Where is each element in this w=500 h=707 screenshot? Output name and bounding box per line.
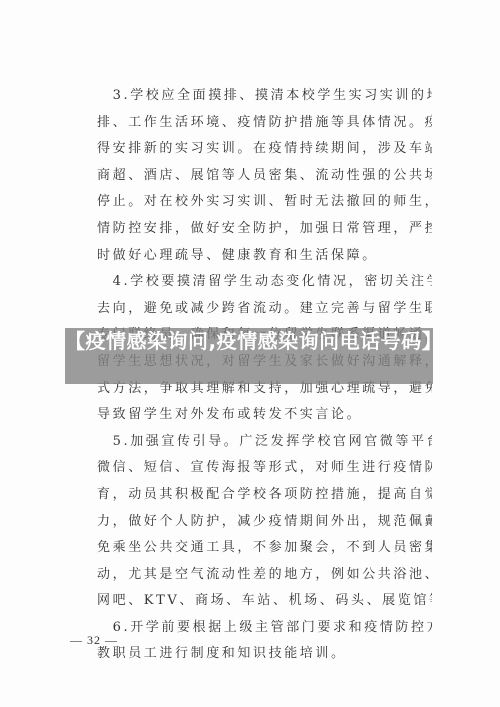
text-line: 得安排新的实习实训。在疫情持续期间，涉及车站、机场、码头、: [97, 136, 432, 163]
text-line: 4.学校要摸清留学生动态变化情况，密切关注学生离校后的: [97, 269, 432, 296]
text-line: 去向，避免或减少跨省流动。建立完善与留学生联系制度，明确: [97, 296, 432, 323]
text-line: 育，动员其积极配合学校各项防控措施，提高自觉防控意识和能: [97, 482, 432, 509]
text-line: 停止。对在校外实习实训、暂时无法撤回的师生，要服从当地疫: [97, 189, 432, 216]
text-line: 情防控安排，做好安全防护，加强日常管理，严控人员外出，同: [97, 216, 432, 243]
document-page: 3.学校应全面摸排、摸清本校学生实习实训的地点、时间安 排、工作生活环境、疫情防…: [0, 0, 500, 707]
text-line: 教职员工进行制度和知识技能培训。: [97, 641, 432, 668]
text-line: 5.加强宣传引导。广泛发挥学校官网官微等平台作用，通过: [97, 429, 432, 456]
text-line: 商超、酒店、展馆等人员密集、流动性强的公共场所的实习一律: [97, 163, 432, 190]
text-line: 微信、短信、宣传海报等形式，对师生进行疫情防控知识宣传教: [97, 455, 432, 482]
text-line: 免乘坐公共交通工具，不参加聚会，不到人员密集的公共场所活: [97, 535, 432, 562]
page-number: — 32 —: [70, 633, 118, 648]
overlay-title: 【疫情感染询问,疫情感染询问电话号码】: [65, 328, 433, 354]
text-line: 6.开学前要根据上级主管部门要求和疫情防控方案对全体: [97, 615, 432, 642]
text-line: 网吧、KTV、商场、车站、机场、码头、展览馆等。: [97, 588, 432, 615]
text-line: 导致留学生对外发布或转发不实言论。: [97, 402, 432, 429]
text-line: 时做好心理疏导、健康教育和生活保障。: [97, 243, 432, 270]
title-overlay-banner: 【疫情感染询问,疫情感染询问电话号码】: [65, 328, 433, 384]
text-line: 动，尤其是空气流动性差的地方，例如公共浴池、温泉、影院、: [97, 562, 432, 589]
text-line: 排、工作生活环境、疫情防护措施等具体情况。疫情结束前，不: [97, 110, 432, 137]
text-line: 力，做好个人防护，减少疫情期间外出，规范佩戴口罩，尽量避: [97, 509, 432, 536]
text-line: 3.学校应全面摸排、摸清本校学生实习实训的地点、时间安: [97, 83, 432, 110]
